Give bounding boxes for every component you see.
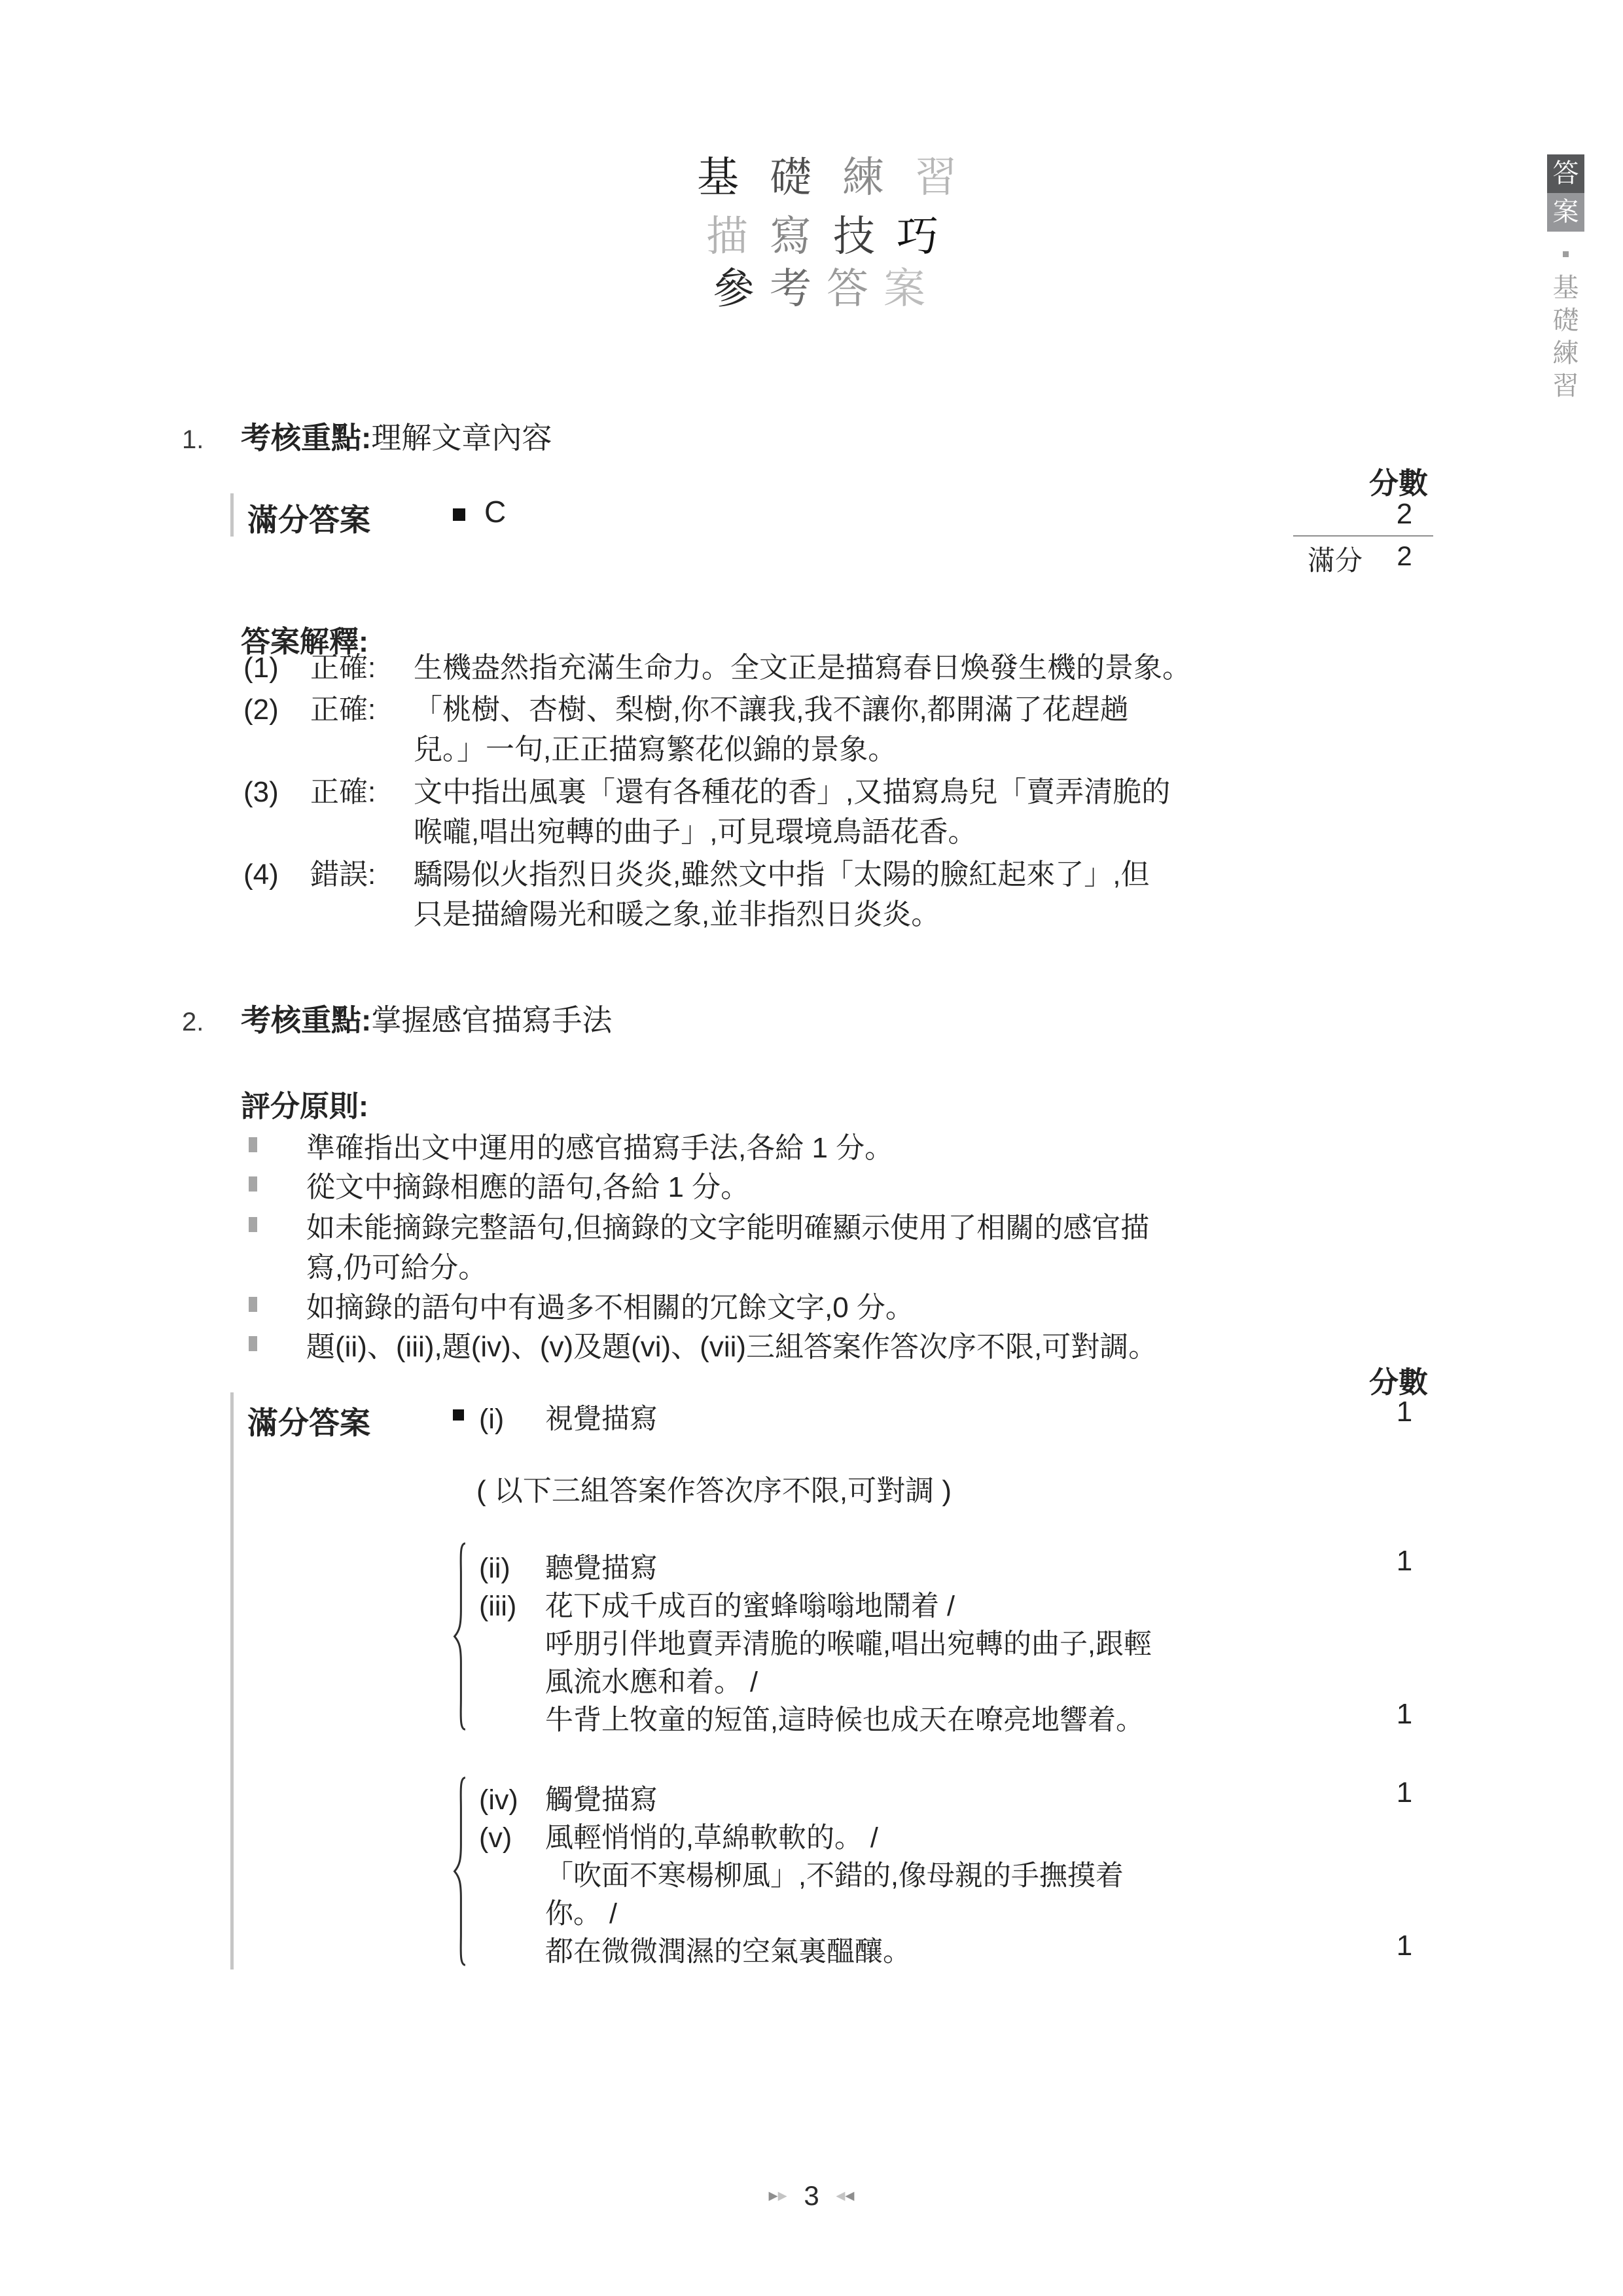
masthead-char: 寫 [770, 213, 833, 261]
section-1-number: 1. [182, 425, 204, 455]
item-line: 兒。」一句,正正描寫繁花似錦的景象。 [414, 730, 1129, 769]
item-content: 「桃樹、杏樹、梨樹,你不讓我,我不讓你,都開滿了花趕趟兒。」一句,正正描寫繁花似… [414, 690, 1129, 769]
full-answer-label-1: 滿分答案 [247, 496, 370, 540]
explanation-item: (3)正確:文中指出風裏「還有各種花的香」,又描寫鳥兒「賣弄清脆的喉嚨,唱出宛轉… [243, 772, 1170, 852]
bullet-square-icon [249, 1336, 257, 1351]
criteria-item: 如摘錄的語句中有過多不相關的冗餘文字,0 分。 [249, 1288, 914, 1328]
group-brace-icon [450, 1776, 466, 1967]
answer-note: ( 以下三組答案作答次序不限,可對調 ) [476, 1471, 952, 1511]
criteria-item: 如未能摘錄完整語句,但摘錄的文字能明確顯示使用了相關的感官描寫,仍可給分。 [249, 1208, 1149, 1288]
score-header-2: 分數 [1369, 1358, 1428, 1401]
criteria-title: 評分原則: [241, 1082, 368, 1125]
score-max-label-1: 滿分 [1308, 540, 1363, 580]
answer-key-page: 基礎練習 描寫技巧 參考答案 答 案 基 礎 練 習 1. 考核重點:理解文章內… [0, 0, 1623, 2296]
item-line: 生機盎然指充滿生命力。全文正是描寫春日煥發生機的景象。 [414, 648, 1191, 688]
masthead-char: 案 [883, 265, 940, 313]
explanation-item: (2)正確:「桃樹、杏樹、梨樹,你不讓我,我不讓你,都開滿了花趕趟兒。」一句,正… [243, 690, 1129, 769]
item-verdict: 正確: [310, 772, 414, 812]
footer-arrow-icon: ◂ [836, 2185, 845, 2205]
answer-row-text: 聽覺描寫 [545, 1553, 658, 1584]
section-1-heading-text: 理解文章內容 [371, 421, 552, 455]
footer-arrow-icon: ◂ [845, 2185, 854, 2205]
answer-row-text: 都在微微潤濕的空氣裏醞釀。 [545, 1933, 911, 1971]
footer-arrow-icon: ▸ [778, 2185, 787, 2205]
answer-row-text: 「吹面不寒楊柳風」,不錯的,像母親的手撫摸着 [545, 1857, 1124, 1895]
answer-row-label: (iii) [479, 1587, 545, 1625]
item-content: 驕陽似火指烈日炎炎,雖然文中指「太陽的臉紅起來了」,但只是描繪陽光和暖之象,並非… [414, 855, 1149, 934]
masthead-char: 礎 [770, 154, 842, 202]
criteria-item: 準確指出文中運用的感官描寫手法,各給 1 分。 [249, 1128, 893, 1168]
item-content: 生機盎然指充滿生命力。全文正是描寫春日煥發生機的景象。 [414, 648, 1191, 688]
full-answer-label-2: 滿分答案 [247, 1399, 370, 1443]
section-2-number: 2. [182, 1008, 204, 1037]
explanation-item: (4)錯誤:驕陽似火指烈日炎炎,雖然文中指「太陽的臉紅起來了」,但只是描繪陽光和… [243, 855, 1149, 934]
item-verdict: 正確: [310, 690, 414, 730]
answer-row-label: (iv) [479, 1781, 545, 1819]
group-brace-icon [450, 1542, 466, 1731]
page-footer: ▸▸ 3 ◂◂ [681, 2180, 942, 2211]
answer-block-rule-2 [230, 1392, 234, 1969]
bullet-square-icon [249, 1217, 257, 1232]
score-value: 1 [1360, 1545, 1449, 1577]
page-number: 3 [794, 2180, 828, 2211]
section-2-heading: 考核重點:掌握感官描寫手法 [241, 1004, 612, 1036]
answer-row-text: 觸覺描寫 [545, 1784, 658, 1816]
masthead-char: 技 [833, 213, 897, 261]
answer-row-label: (v) [479, 1819, 545, 1857]
answer-row-i: (i)視覺描寫 [479, 1400, 658, 1438]
side-tab-char: 練 [1547, 340, 1584, 366]
criteria-line: 準確指出文中運用的感官描寫手法,各給 1 分。 [306, 1128, 893, 1168]
criteria-item: 題(ii)、(iii),題(iv)、(v)及題(vi)、(vii)三組答案作答次… [249, 1327, 1157, 1367]
section-2-heading-text: 掌握感官描寫手法 [371, 1003, 612, 1037]
score-value: 1 [1360, 1699, 1449, 1730]
answer-row-text: 你。 / [545, 1895, 617, 1933]
item-number: (1) [243, 648, 310, 688]
masthead-char: 習 [915, 154, 988, 202]
item-line: 「桃樹、杏樹、梨樹,你不讓我,我不讓你,都開滿了花趕趟 [414, 690, 1129, 730]
item-number: (3) [243, 772, 310, 812]
side-tab-char: 礎 [1547, 308, 1584, 334]
criteria-line: 如摘錄的語句中有過多不相關的冗餘文字,0 分。 [306, 1288, 914, 1328]
answer-row-text: 牛背上牧童的短笛,這時候也成天在嘹亮地響着。 [545, 1701, 1144, 1739]
answer-row-label: (i) [479, 1400, 545, 1438]
answer-value-1: C [484, 492, 506, 532]
item-number: (4) [243, 855, 310, 894]
item-line: 文中指出風裏「還有各種花的香」,又描寫鳥兒「賣弄清脆的 [414, 772, 1170, 812]
masthead-char: 練 [842, 154, 915, 202]
score-value-1: 2 [1360, 499, 1449, 530]
masthead-char: 描 [706, 213, 770, 261]
score-divider-line [1293, 535, 1433, 537]
footer-arrow-icon: ▸ [769, 2185, 778, 2205]
bullet-square-icon [249, 1137, 257, 1152]
item-number: (2) [243, 690, 310, 730]
answer-row-text: 風流水應和着。 / [545, 1663, 758, 1701]
item-verdict: 錯誤: [310, 855, 414, 894]
side-tab-box-answer: 答 [1547, 154, 1584, 193]
answer-row-label: (ii) [479, 1549, 545, 1587]
answer-row-iii: (iii)花下成千成百的蜜蜂嗡嗡地鬧着 / [479, 1587, 955, 1625]
criteria-item: 從文中摘錄相應的語句,各給 1 分。 [249, 1167, 749, 1207]
item-line: 喉嚨,唱出宛轉的曲子」,可見環境鳥語花香。 [414, 812, 1170, 852]
item-line: 只是描繪陽光和暖之象,並非指烈日炎炎。 [414, 894, 1149, 934]
masthead-char: 參 [713, 265, 770, 313]
criteria-line: 如未能摘錄完整語句,但摘錄的文字能明確顯示使用了相關的感官描 [306, 1208, 1149, 1248]
score-max-value-1: 2 [1360, 540, 1449, 572]
answer-row-text: 視覺描寫 [545, 1404, 658, 1435]
masthead-line-1: 基礎練習 [0, 157, 1623, 199]
answer-row-iv: (iv)觸覺描寫 [479, 1781, 658, 1819]
answer-row-v: (v)風輕悄悄的,草綿軟軟的。 / [479, 1819, 878, 1857]
side-tab-dot-icon [1563, 251, 1569, 257]
answer-row-text: 呼朋引伴地賣弄清脆的喉嚨,唱出宛轉的曲子,跟輕 [545, 1625, 1152, 1663]
explanation-item: (1)正確:生機盎然指充滿生命力。全文正是描寫春日煥發生機的景象。 [243, 648, 1191, 688]
side-tab-char: 基 [1547, 275, 1584, 301]
answer-block-rule-1 [230, 493, 234, 537]
answer-row-text: 花下成千成百的蜜蜂嗡嗡地鬧着 / [545, 1591, 955, 1622]
item-line: 驕陽似火指烈日炎炎,雖然文中指「太陽的臉紅起來了」,但 [414, 855, 1149, 894]
score-value: 1 [1360, 1930, 1449, 1962]
criteria-line: 題(ii)、(iii),題(iv)、(v)及題(vi)、(vii)三組答案作答次… [306, 1327, 1157, 1367]
section-1-heading: 考核重點:理解文章內容 [241, 421, 552, 454]
criteria-line: 寫,仍可給分。 [306, 1248, 1149, 1288]
masthead-char: 考 [770, 265, 827, 313]
side-tab-char: 習 [1547, 373, 1584, 399]
masthead-line-3: 參考答案 [0, 268, 1623, 310]
answer-bullet-icon [453, 508, 465, 521]
score-header-1: 分數 [1369, 459, 1428, 502]
answer-row-ii: (ii)聽覺描寫 [479, 1549, 658, 1587]
masthead-char: 巧 [897, 213, 960, 261]
bullet-square-icon [249, 1176, 257, 1192]
criteria-line: 從文中摘錄相應的語句,各給 1 分。 [306, 1167, 749, 1207]
section-2-heading-label: 考核重點: [241, 1003, 371, 1037]
score-value: 1 [1360, 1396, 1449, 1428]
item-content: 文中指出風裏「還有各種花的香」,又描寫鳥兒「賣弄清脆的喉嚨,唱出宛轉的曲子」,可… [414, 772, 1170, 852]
section-1-heading-label: 考核重點: [241, 421, 371, 455]
masthead-line-2: 描寫技巧 [0, 216, 1623, 258]
bullet-square-icon [249, 1297, 257, 1312]
masthead-char: 答 [827, 265, 883, 313]
side-tab-box-case: 案 [1547, 193, 1584, 232]
score-value: 1 [1360, 1777, 1449, 1809]
answer-bullet-icon [453, 1409, 464, 1421]
item-verdict: 正確: [310, 648, 414, 688]
answer-row-text: 風輕悄悄的,草綿軟軟的。 / [545, 1822, 878, 1854]
masthead-char: 基 [697, 154, 770, 202]
